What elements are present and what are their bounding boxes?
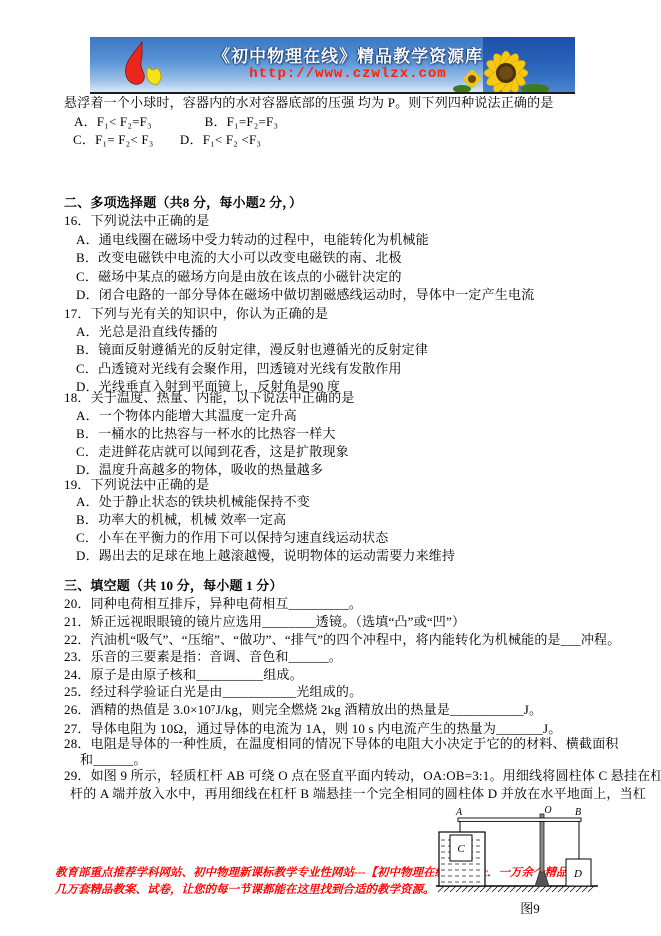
site-banner: 《初中物理在线》精品教学资源库 http://www.czwlzx.com: [90, 37, 575, 94]
question-27: 27．导体电阻为 10Ω，通过导体的电流为 1A，则 10 s 内电流产生的热量…: [64, 721, 561, 736]
ground-hatching: [436, 886, 598, 892]
question-15-option-cd: C．F₁= F₂< F₃ D．F₁< F₂ <F₃: [73, 132, 261, 147]
question-19-option-c: C．小车在平衡力的作用下可以保持匀速直线运动状态: [76, 530, 388, 545]
banner-title: 《初中物理在线》精品教学资源库: [198, 42, 498, 67]
figure-9-diagram: C D A O B: [428, 804, 608, 900]
question-19-stem: 19．下列说法中正确的是: [64, 477, 209, 492]
question-18-option-c: C．走进鲜花店就可以闻到花香，这是扩散现象: [76, 444, 349, 459]
lever-bar: [458, 818, 581, 821]
question-28-line2: 和______。: [80, 752, 147, 767]
question-20: 20．同种电荷相互排斥，异种电荷相互_________。: [64, 596, 362, 611]
lever-label-a: A: [455, 807, 463, 818]
question-17-option-a: A．光总是沿直线传播的: [76, 324, 218, 339]
question-17-stem: 17．下列与光有关的知识中，你认为正确的是: [64, 306, 328, 321]
question-18-option-a: A．一个物体内能增大其温度一定升高: [76, 408, 297, 423]
section-3-heading: 三、填空题（共 10 分，每小题 1 分）: [64, 578, 283, 593]
question-15-stem: 悬浮着一个小球时，容器内的水对容器底部的压强 均为 P。则下列四种说法正确的是: [64, 95, 554, 110]
question-18-option-d: D．温度升高越多的物体，吸收的热量越多: [76, 462, 323, 477]
lever-label-b: B: [575, 807, 581, 818]
question-22: 22．汽油机“吸气”、“压缩”、“做功”、“排气”的四个冲程中，将内能转化为机械…: [64, 632, 620, 647]
question-23: 23．乐音的三要素是指：音调、音色和______。: [64, 649, 342, 664]
question-17-option-b: B．镜面反射遵循光的反射定律，漫反射也遵循光的反射定律: [76, 342, 428, 357]
section-2-heading: 二、多项选择题（共8 分，每小题2 分，）: [64, 195, 302, 210]
question-24: 24．原子是由原子核和__________组成。: [64, 667, 303, 682]
question-15-option-ab: A．F₁< F₂=F₃ B．F₁=F₂=F₃: [74, 114, 278, 129]
question-29-line1: 29．如图 9 所示，轻质杠杆 AB 可绕 O 点在竖直平面内转动，OA:OB=…: [64, 768, 661, 783]
question-18-option-b: B．一桶水的比热容与一杯水的比热容一样大: [76, 426, 336, 441]
question-16-stem: 16．下列说法中正确的是: [64, 213, 209, 228]
question-16-option-a: A．通电线圈在磁场中受力转动的过程中，电能转化为机械能: [76, 232, 429, 247]
flame-logo-icon: [112, 41, 174, 91]
question-16-option-b: B．改变电磁铁中电流的大小可以改变电磁铁的南、北极: [76, 250, 402, 265]
question-29-line2: 杆的 A 端并放入水中，再用细线在杠杆 B 端悬挂一个完全相同的圆柱体 D 并放…: [70, 786, 646, 801]
block-d: D: [566, 859, 591, 886]
footer-watermark-line2: 几万套精品教案、试卷，让您的每一节课都能在这里找到合适的教学资源。: [55, 881, 435, 897]
question-19-option-d: D．踢出去的足球在地上越滚越慢，说明物体的运动需要力来维持: [76, 548, 455, 563]
question-21: 21．矫正远视眼眼镜的镜片应选用________透镜。（选填“凸”或“凹”）: [64, 614, 465, 629]
question-16-option-c: C．磁场中某点的磁场方向是由放在该点的小磁针决定的: [76, 269, 402, 284]
question-25: 25．经过科学验证白光是由___________光组成的。: [64, 684, 362, 699]
block-d-label: D: [573, 868, 582, 880]
pivot-stand: [535, 814, 549, 886]
block-c-label: C: [457, 843, 465, 855]
block-c: C: [450, 835, 472, 861]
question-18-stem: 18．关于温度、热量、内能，以下说法中正确的是: [64, 390, 355, 405]
question-16-option-d: D．闭合电路的一部分导体在磁场中做切割磁感线运动时，导体中一定产生电流: [76, 287, 534, 302]
footer-watermark-line1-left: 教育部重点推荐学科网站、初中物理新课标教学专业性网站---【初中物理在线】www…: [55, 864, 488, 880]
question-26: 26．酒精的热值是 3.0×10⁷J/kg，则完全燃烧 2kg 酒精放出的热量是…: [64, 702, 542, 717]
sunflower-icon: [480, 47, 552, 93]
question-19-option-a: A．处于静止状态的铁块机械能保持不变: [76, 494, 310, 509]
lever-label-o: O: [544, 805, 551, 816]
question-28-line1: 28．电阻是导体的一种性质，在温度相同的情况下导体的电阻大小决定于它的的材料、横…: [64, 736, 619, 751]
question-19-option-b: B．功率大的机械，机械 效率一定高: [76, 512, 286, 527]
exam-page: 《初中物理在线》精品教学资源库 http://www.czwlzx.com: [0, 0, 661, 936]
question-17-option-c: C．凸透镜对光线有会聚作用，凹透镜对光线有发散作用: [76, 361, 402, 376]
figure-9-caption: 图9: [500, 898, 560, 917]
